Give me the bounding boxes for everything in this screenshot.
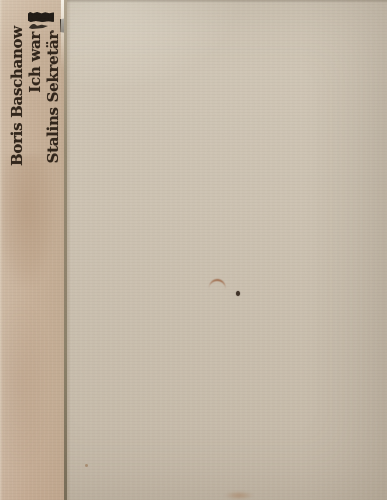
spine-title-line-1: Ich war — [26, 32, 44, 166]
spine-author: Boris Baschanow — [8, 32, 26, 166]
spine-stain-lower — [0, 300, 50, 470]
small-stain-dot — [85, 464, 88, 467]
dust-speck — [236, 291, 240, 296]
worn-period-dot — [51, 30, 54, 33]
book-cover-photo: Boris Baschanow Ich war Stalins Sekretär — [0, 0, 387, 500]
spine-title-line-2: Stalins Sekretär — [44, 32, 62, 166]
spine-left-edge-highlight — [0, 0, 3, 500]
publisher-logo-squiggle-icon — [28, 21, 50, 31]
bottom-edge-smudge — [224, 491, 254, 500]
spine-text: Boris Baschanow Ich war Stalins Sekretär — [8, 32, 62, 166]
spine-stain-upper — [2, 155, 54, 285]
hinge-shadow — [67, 0, 71, 500]
